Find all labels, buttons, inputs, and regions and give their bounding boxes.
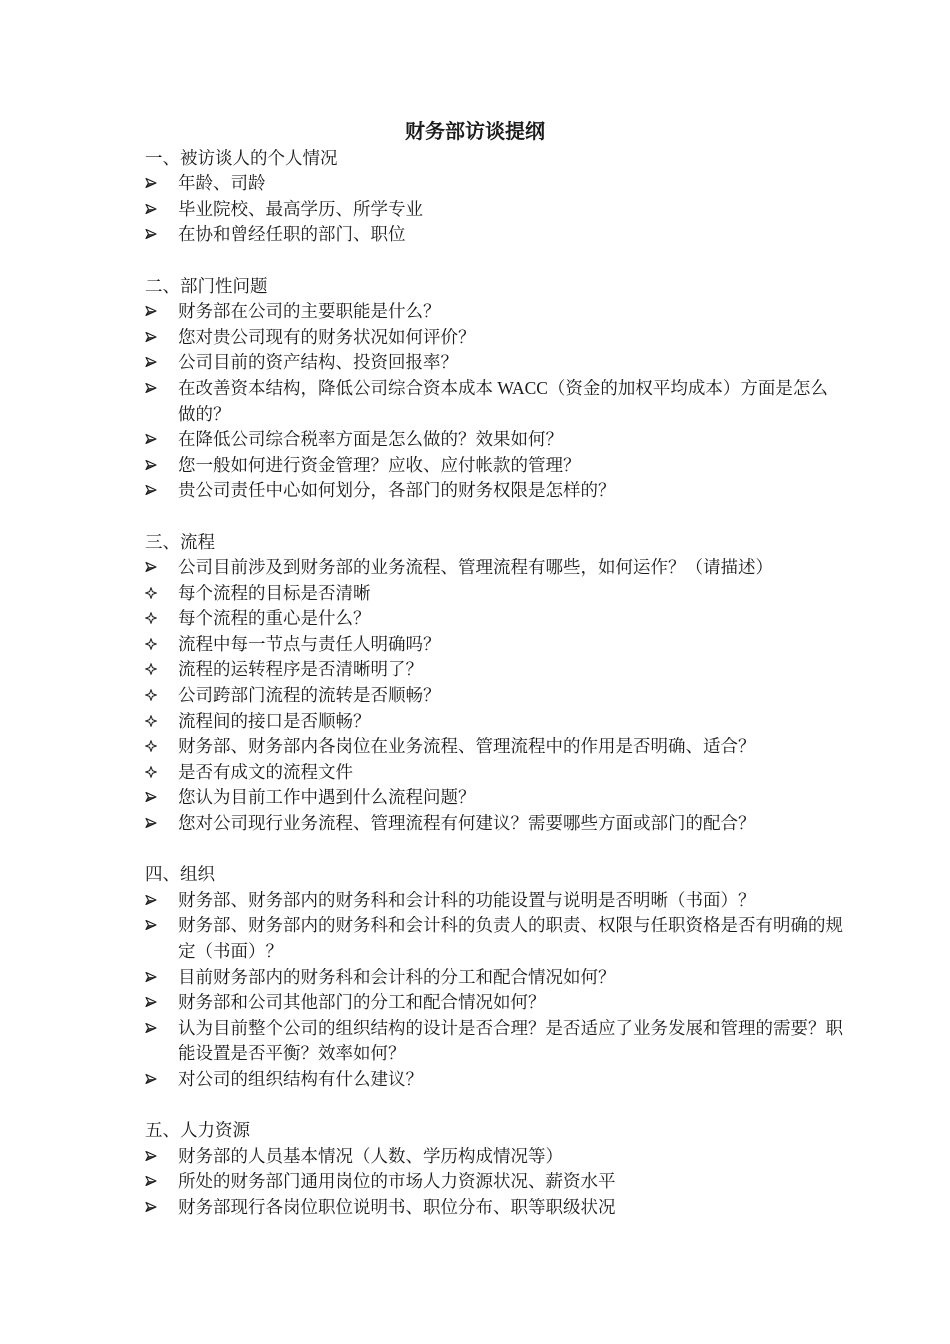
section-1: 一、被访谈人的个人情况年龄、司龄毕业院校、最高学历、所学专业在协和曾经任职的部门…	[145, 146, 845, 248]
document-body: 一、被访谈人的个人情况年龄、司龄毕业院校、最高学历、所学专业在协和曾经任职的部门…	[145, 146, 845, 1221]
list-item-text: 所处的财务部门通用岗位的市场人力资源状况、薪资水平	[178, 1169, 845, 1195]
diamond-bullet-icon	[145, 683, 178, 701]
list-item: 流程中每一节点与责任人明确吗？	[145, 632, 845, 658]
list-item-text: 每个流程的重心是什么？	[178, 606, 845, 632]
list-item-text: 您对贵公司现有的财务状况如何评价？	[178, 325, 845, 351]
list-item-text: 财务部、财务部内的财务科和会计科的功能设置与说明是否明晰（书面）？	[178, 888, 845, 914]
list-item: 毕业院校、最高学历、所学专业	[145, 197, 845, 223]
list-item-text: 年龄、司龄	[178, 171, 845, 197]
diamond-bullet-icon	[145, 632, 178, 650]
section-heading: 四、组织	[145, 862, 845, 888]
arrow-bullet-icon	[145, 785, 178, 803]
list-item: 财务部的人员基本情况（人数、学历构成情况等）	[145, 1144, 845, 1170]
arrow-bullet-icon	[145, 990, 178, 1008]
list-item-text: 财务部在公司的主要职能是什么？	[178, 299, 845, 325]
arrow-bullet-icon	[145, 453, 178, 471]
list-item-text: 财务部和公司其他部门的分工和配合情况如何？	[178, 990, 845, 1016]
arrow-bullet-icon	[145, 965, 178, 983]
list-item: 公司目前涉及到财务部的业务流程、管理流程有哪些，如何运作？（请描述）	[145, 555, 845, 581]
list-item: 认为目前整个公司的组织结构的设计是否合理？是否适应了业务发展和管理的需要？职能设…	[145, 1016, 845, 1067]
list-item-text: 在改善资本结构，降低公司综合资本成本 WACC（资金的加权平均成本）方面是怎么做…	[178, 376, 845, 427]
list-item-text: 毕业院校、最高学历、所学专业	[178, 197, 845, 223]
diamond-bullet-icon	[145, 760, 178, 778]
list-item-text: 贵公司责任中心如何划分，各部门的财务权限是怎样的？	[178, 478, 845, 504]
list-item-text: 目前财务部内的财务科和会计科的分工和配合情况如何？	[178, 965, 845, 991]
arrow-bullet-icon	[145, 197, 178, 215]
list-item-text: 财务部、财务部内各岗位在业务流程、管理流程中的作用是否明确、适合？	[178, 734, 845, 760]
list-item: 目前财务部内的财务科和会计科的分工和配合情况如何？	[145, 965, 845, 991]
arrow-bullet-icon	[145, 376, 178, 394]
arrow-bullet-icon	[145, 350, 178, 368]
list-item: 在改善资本结构，降低公司综合资本成本 WACC（资金的加权平均成本）方面是怎么做…	[145, 376, 845, 427]
list-item: 财务部、财务部内的财务科和会计科的功能设置与说明是否明晰（书面）？	[145, 888, 845, 914]
arrow-bullet-icon	[145, 222, 178, 240]
list-item: 公司目前的资产结构、投资回报率？	[145, 350, 845, 376]
section-2: 二、部门性问题财务部在公司的主要职能是什么？您对贵公司现有的财务状况如何评价？公…	[145, 274, 845, 504]
list-item: 在协和曾经任职的部门、职位	[145, 222, 845, 248]
list-item: 公司跨部门流程的流转是否顺畅？	[145, 683, 845, 709]
list-item: 所处的财务部门通用岗位的市场人力资源状况、薪资水平	[145, 1169, 845, 1195]
list-item-text: 流程间的接口是否顺畅？	[178, 709, 845, 735]
list-item-text: 您认为目前工作中遇到什么流程问题？	[178, 785, 845, 811]
list-item-text: 公司跨部门流程的流转是否顺畅？	[178, 683, 845, 709]
diamond-bullet-icon	[145, 734, 178, 752]
list-item: 在降低公司综合税率方面是怎么做的？效果如何？	[145, 427, 845, 453]
list-item: 财务部现行各岗位职位说明书、职位分布、职等职级状况	[145, 1195, 845, 1221]
arrow-bullet-icon	[145, 427, 178, 445]
arrow-bullet-icon	[145, 1016, 178, 1034]
document-title: 财务部访谈提纲	[0, 120, 950, 146]
list-item-text: 流程中每一节点与责任人明确吗？	[178, 632, 845, 658]
arrow-bullet-icon	[145, 1169, 178, 1187]
list-item-text: 财务部、财务部内的财务科和会计科的负责人的职责、权限与任职资格是否有明确的规定（…	[178, 913, 845, 964]
diamond-bullet-icon	[145, 709, 178, 727]
section-4: 四、组织财务部、财务部内的财务科和会计科的功能设置与说明是否明晰（书面）？财务部…	[145, 862, 845, 1092]
arrow-bullet-icon	[145, 299, 178, 317]
section-heading: 二、部门性问题	[145, 274, 845, 300]
arrow-bullet-icon	[145, 913, 178, 931]
list-item-text: 在降低公司综合税率方面是怎么做的？效果如何？	[178, 427, 845, 453]
arrow-bullet-icon	[145, 811, 178, 829]
list-item: 流程的运转程序是否清晰明了？	[145, 657, 845, 683]
arrow-bullet-icon	[145, 1144, 178, 1162]
list-item-text: 是否有成文的流程文件	[178, 760, 845, 786]
section-heading: 一、被访谈人的个人情况	[145, 146, 845, 172]
list-item: 财务部、财务部内的财务科和会计科的负责人的职责、权限与任职资格是否有明确的规定（…	[145, 913, 845, 964]
list-item: 流程间的接口是否顺畅？	[145, 709, 845, 735]
list-item: 您认为目前工作中遇到什么流程问题？	[145, 785, 845, 811]
list-item-text: 对公司的组织结构有什么建议？	[178, 1067, 845, 1093]
diamond-bullet-icon	[145, 606, 178, 624]
list-item-text: 财务部现行各岗位职位说明书、职位分布、职等职级状况	[178, 1195, 845, 1221]
arrow-bullet-icon	[145, 1067, 178, 1085]
list-item: 财务部在公司的主要职能是什么？	[145, 299, 845, 325]
diamond-bullet-icon	[145, 657, 178, 675]
list-item: 年龄、司龄	[145, 171, 845, 197]
list-item: 是否有成文的流程文件	[145, 760, 845, 786]
arrow-bullet-icon	[145, 888, 178, 906]
arrow-bullet-icon	[145, 1195, 178, 1213]
arrow-bullet-icon	[145, 171, 178, 189]
list-item: 财务部和公司其他部门的分工和配合情况如何？	[145, 990, 845, 1016]
list-item-text: 每个流程的目标是否清晰	[178, 581, 845, 607]
section-heading: 五、人力资源	[145, 1118, 845, 1144]
list-item-text: 您对公司现行业务流程、管理流程有何建议？需要哪些方面或部门的配合？	[178, 811, 845, 837]
section-3: 三、流程公司目前涉及到财务部的业务流程、管理流程有哪些，如何运作？（请描述）每个…	[145, 530, 845, 837]
list-item: 每个流程的重心是什么？	[145, 606, 845, 632]
list-item-text: 在协和曾经任职的部门、职位	[178, 222, 845, 248]
list-item-text: 财务部的人员基本情况（人数、学历构成情况等）	[178, 1144, 845, 1170]
list-item: 您对公司现行业务流程、管理流程有何建议？需要哪些方面或部门的配合？	[145, 811, 845, 837]
list-item-text: 公司目前涉及到财务部的业务流程、管理流程有哪些，如何运作？（请描述）	[178, 555, 845, 581]
list-item-text: 您一般如何进行资金管理？应收、应付帐款的管理？	[178, 453, 845, 479]
list-item: 您一般如何进行资金管理？应收、应付帐款的管理？	[145, 453, 845, 479]
section-heading: 三、流程	[145, 530, 845, 556]
list-item-text: 流程的运转程序是否清晰明了？	[178, 657, 845, 683]
document-page: 财务部访谈提纲 一、被访谈人的个人情况年龄、司龄毕业院校、最高学历、所学专业在协…	[0, 0, 950, 1344]
list-item-text: 公司目前的资产结构、投资回报率？	[178, 350, 845, 376]
arrow-bullet-icon	[145, 325, 178, 343]
list-item: 对公司的组织结构有什么建议？	[145, 1067, 845, 1093]
arrow-bullet-icon	[145, 478, 178, 496]
list-item: 每个流程的目标是否清晰	[145, 581, 845, 607]
section-5: 五、人力资源财务部的人员基本情况（人数、学历构成情况等）所处的财务部门通用岗位的…	[145, 1118, 845, 1220]
list-item: 您对贵公司现有的财务状况如何评价？	[145, 325, 845, 351]
list-item-text: 认为目前整个公司的组织结构的设计是否合理？是否适应了业务发展和管理的需要？职能设…	[178, 1016, 845, 1067]
arrow-bullet-icon	[145, 555, 178, 573]
list-item: 财务部、财务部内各岗位在业务流程、管理流程中的作用是否明确、适合？	[145, 734, 845, 760]
list-item: 贵公司责任中心如何划分，各部门的财务权限是怎样的？	[145, 478, 845, 504]
diamond-bullet-icon	[145, 581, 178, 599]
